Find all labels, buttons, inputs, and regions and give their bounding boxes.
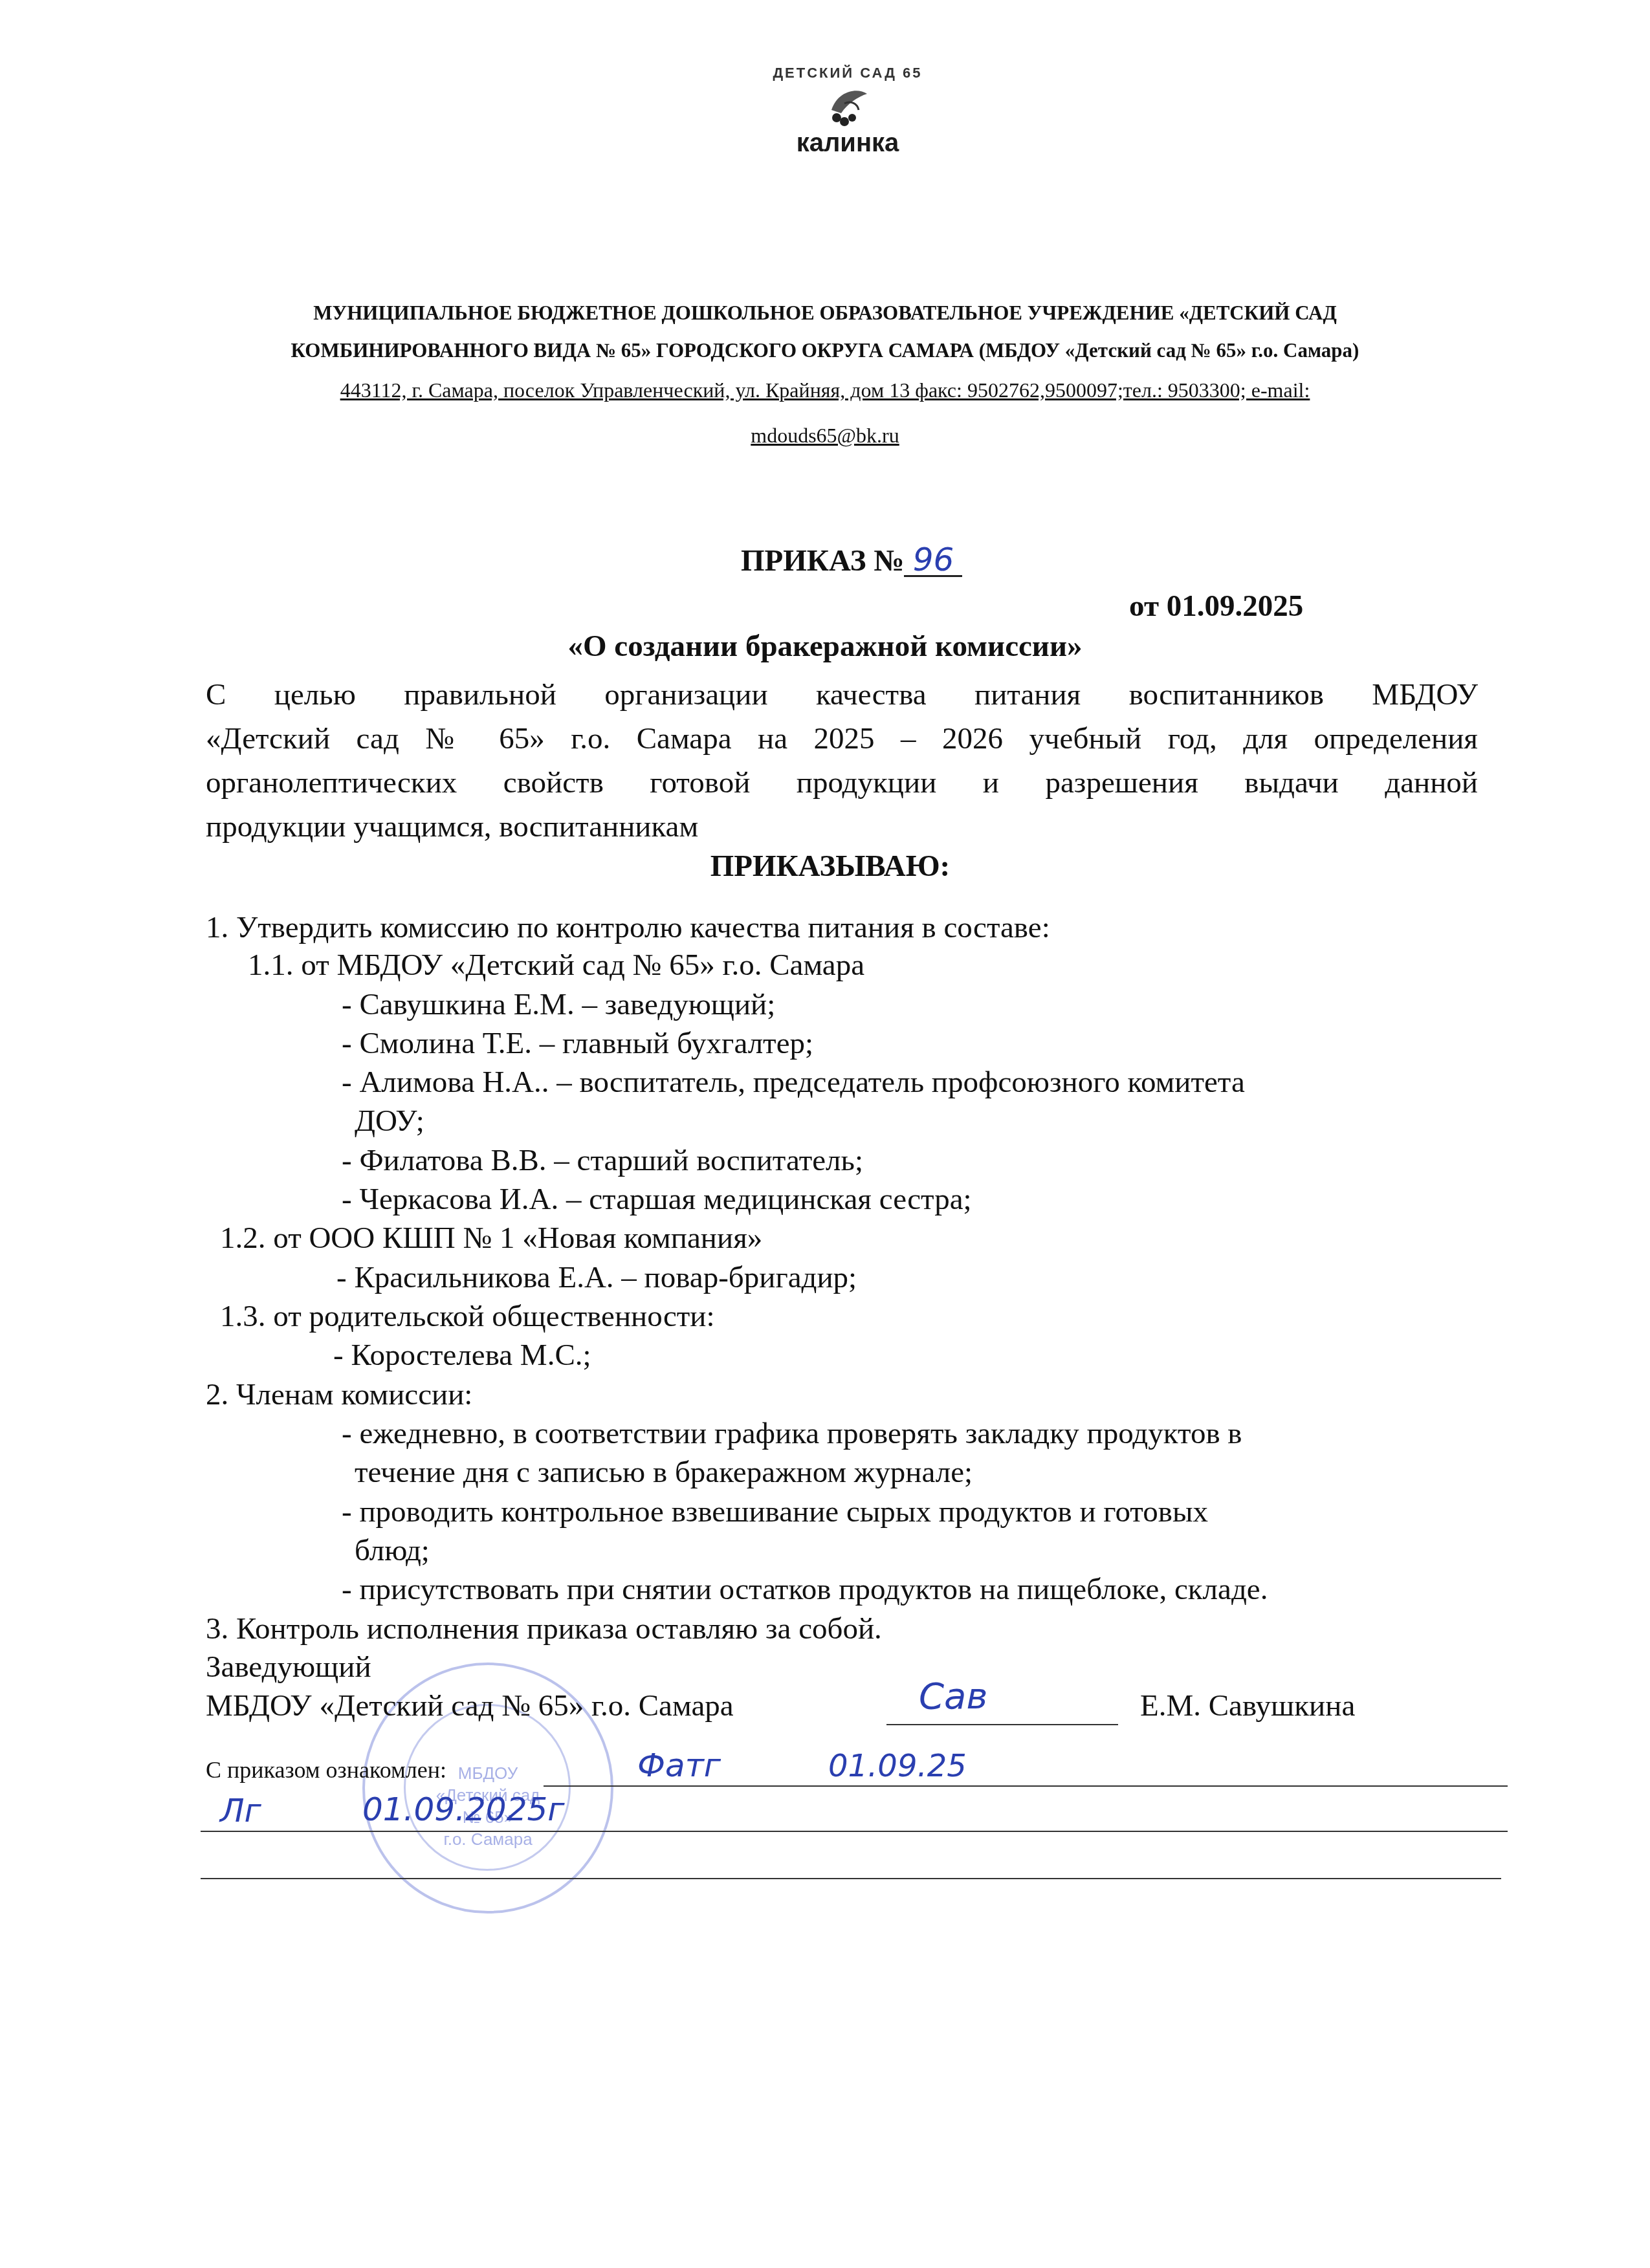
acknowledgement-signature: Лг	[220, 1792, 261, 1829]
item-1-3: 1.3. от родительской общественности:	[220, 1299, 715, 1334]
logo-name: калинка	[764, 129, 932, 158]
signatory-organization: МБДОУ «Детский сад № 65» г.о. Самара	[206, 1688, 734, 1723]
item-1: 1. Утвердить комиссию по контролю качест…	[206, 910, 1050, 945]
member-line: - Алимова Н.А.. – воспитатель, председат…	[342, 1065, 1245, 1100]
duty-line-continued: течение дня с записью в бракеражном журн…	[355, 1455, 973, 1490]
member-line: - Красильникова Е.А. – повар-бригадир;	[336, 1260, 857, 1295]
duty-line: - ежедневно, в соответствии графика пров…	[342, 1416, 1242, 1451]
intro-line: продукции учащимся, воспитанникам	[206, 805, 1478, 849]
member-line-continued: ДОУ;	[355, 1104, 424, 1139]
item-1-1: 1.1. от МБДОУ «Детский сад № 65» г.о. Са…	[248, 948, 864, 983]
acknowledgement-date: 01.09.25	[828, 1748, 967, 1784]
order-title-prefix: ПРИКАЗ №	[741, 544, 904, 578]
organization-address: 443112, г. Самара, поселок Управленчески…	[194, 367, 1456, 458]
handwritten-signature: Сав	[919, 1675, 987, 1717]
member-line: - Коростелева М.С.;	[333, 1338, 591, 1373]
member-line: - Смолина Т.Е. – главный бухгалтер;	[342, 1026, 813, 1061]
email-link[interactable]: mdouds65@bk.ru	[194, 413, 1456, 458]
intro-line: органолептических свойств готовой продук…	[206, 761, 1478, 805]
intro-line: С целью правильной организации качества …	[206, 673, 1478, 717]
address-line-1: 443112, г. Самара, поселок Управленчески…	[194, 367, 1456, 413]
signatory-position: Заведующий	[206, 1650, 371, 1685]
order-title: ПРИКАЗ №96	[741, 543, 962, 578]
duty-line: - присутствовать при снятии остатков про…	[342, 1572, 1268, 1607]
order-number-handwritten: 96	[904, 544, 962, 577]
duty-line: - проводить контрольное взвешивание сыры…	[342, 1494, 1208, 1529]
duty-line-continued: блюд;	[355, 1533, 430, 1568]
org-name-line-1: МУНИЦИПАЛЬНОЕ БЮДЖЕТНОЕ ДОШКОЛЬНОЕ ОБРАЗ…	[194, 294, 1456, 332]
org-name-line-2: КОМБИНИРОВАННОГО ВИДА № 65» ГОРОДСКОГО О…	[194, 332, 1456, 369]
intro-paragraph: С целью правильной организации качества …	[206, 673, 1478, 849]
acknowledgement-signature: Фатг	[637, 1747, 721, 1784]
command-heading: ПРИКАЗЫВАЮ:	[194, 849, 1466, 884]
acknowledgement-date: 01.09.2025г	[362, 1791, 565, 1828]
logo-arc-text: ДЕТСКИЙ САД 65	[764, 65, 932, 82]
acknowledgement-line	[201, 1831, 1508, 1832]
acknowledgement-label: С приказом ознакомлен:	[206, 1756, 446, 1783]
acknowledgement-line	[201, 1878, 1501, 1879]
item-1-2: 1.2. от ООО КШП № 1 «Новая компания»	[220, 1221, 762, 1256]
signature-line	[886, 1724, 1118, 1725]
acknowledgement-line	[544, 1785, 1508, 1787]
item-3: 3. Контроль исполнения приказа оставляю …	[206, 1611, 882, 1646]
berry-leaf-icon	[819, 84, 877, 129]
organization-header: МУНИЦИПАЛЬНОЕ БЮДЖЕТНОЕ ДОШКОЛЬНОЕ ОБРАЗ…	[194, 294, 1456, 369]
kindergarten-logo: ДЕТСКИЙ САД 65 калинка	[764, 65, 932, 168]
member-line: - Филатова В.В. – старший воспитатель;	[342, 1143, 863, 1178]
order-subject: «О создании бракеражной комиссии»	[194, 629, 1456, 664]
member-line: - Черкасова И.А. – старшая медицинская с…	[342, 1182, 972, 1217]
member-line: - Савушкина Е.М. – заведующий;	[342, 987, 775, 1022]
item-2: 2. Членам комиссии:	[206, 1377, 472, 1412]
signatory-name: Е.М. Савушкина	[1140, 1688, 1355, 1723]
intro-line: «Детский сад № 65» г.о. Самара на 2025 –…	[206, 717, 1478, 761]
order-date: от 01.09.2025	[1129, 589, 1303, 624]
